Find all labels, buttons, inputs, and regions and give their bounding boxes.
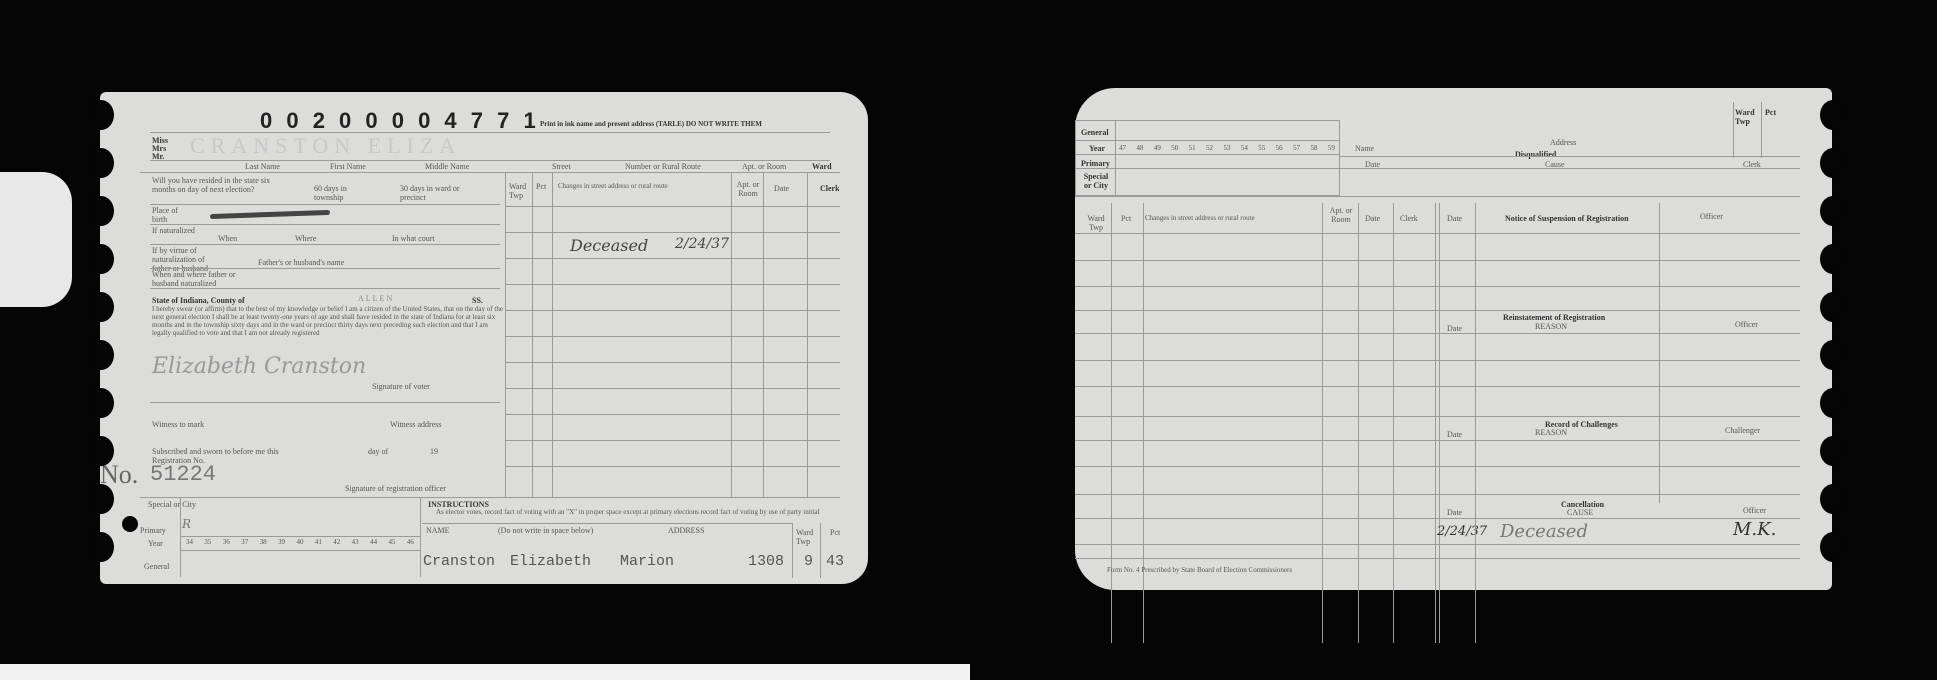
change-entry-date: 2/24/37 bbox=[675, 235, 729, 253]
label-street: Street bbox=[552, 162, 571, 171]
registration-card-back: General Year 47484950515253545556575859 … bbox=[1075, 88, 1832, 590]
label-when: When bbox=[218, 234, 237, 243]
label-witness-address: Witness address bbox=[390, 420, 441, 429]
label-ward: Ward bbox=[812, 162, 832, 171]
instructions-text: As elector votes, record fact of voting … bbox=[436, 508, 836, 516]
registration-number: 51224 bbox=[150, 464, 216, 486]
oath-text: I hereby swear (or affirm) that to the b… bbox=[152, 305, 507, 337]
registration-card-front: 0 0 2 0 0 0 0 4 7 7 1 Print in ink name … bbox=[100, 92, 868, 584]
cancellation-col-cause: CAUSE bbox=[1567, 508, 1593, 517]
scan-edge-strip bbox=[0, 664, 970, 680]
row-general: General bbox=[144, 562, 169, 571]
label-no-write: (Do not write in space below) bbox=[498, 526, 593, 535]
reinstatement-col-date: Date bbox=[1447, 324, 1462, 333]
label-last-name: Last Name bbox=[245, 162, 280, 171]
change-entry-deceased: Deceased bbox=[570, 237, 648, 255]
cancellation-officer: M.K. bbox=[1733, 520, 1776, 540]
label-naturalized: If naturalized bbox=[152, 226, 212, 235]
back-col-date: Date bbox=[1365, 214, 1380, 223]
back-col-ward: Ward Twp bbox=[1083, 214, 1109, 232]
challenges-col-challenger: Challenger bbox=[1725, 426, 1760, 435]
typed-first-name: Elizabeth bbox=[510, 554, 591, 570]
col-clerk: Clerk bbox=[820, 184, 840, 193]
cancellation-cause: Deceased bbox=[1500, 522, 1588, 542]
back-label-disqualified: Disqualified bbox=[1515, 150, 1556, 159]
back-row-general: General bbox=[1081, 128, 1109, 137]
ss: SS. bbox=[472, 296, 483, 305]
col-pct: Pct bbox=[536, 182, 546, 191]
back-label-ward: Ward Twp bbox=[1735, 108, 1759, 126]
label-pct: Pct bbox=[830, 528, 840, 537]
serial-number: 0 0 2 0 0 0 0 4 7 7 1 bbox=[260, 110, 540, 132]
front-year-row: 34353637383940414243444546 bbox=[186, 538, 414, 549]
typed-pct: 43 bbox=[826, 554, 844, 570]
sworn-line: Subscribed and sworn to before me this bbox=[152, 447, 279, 456]
row-year: Year bbox=[148, 539, 163, 548]
label-apt: Apt. or Room bbox=[742, 162, 786, 171]
label-first-name: First Name bbox=[330, 162, 366, 171]
back-row-primary: Primary bbox=[1081, 159, 1110, 168]
serial-note: Print in ink name and present address (T… bbox=[540, 120, 762, 129]
days-township: 60 days in township bbox=[314, 184, 374, 202]
punch-hole bbox=[122, 516, 138, 532]
label-witness-mark: Witness to mark bbox=[152, 420, 204, 429]
label-name: NAME bbox=[426, 526, 450, 535]
county: ALLEN bbox=[358, 294, 394, 303]
col-date: Date bbox=[774, 184, 789, 193]
label-address: ADDRESS bbox=[668, 526, 704, 535]
label-number: Number or Rural Route bbox=[625, 162, 701, 171]
row-primary: Primary bbox=[140, 526, 166, 535]
back-label-address: Address bbox=[1550, 138, 1576, 147]
typed-address: 1308 bbox=[748, 554, 784, 570]
cancellation-col-date: Date bbox=[1447, 508, 1462, 517]
label-day-of: day of bbox=[368, 447, 388, 456]
typed-middle-name: Marion bbox=[620, 554, 674, 570]
light-glare bbox=[0, 172, 72, 307]
residence-question: Will you have resided in the state six m… bbox=[152, 176, 272, 194]
suspension-col-officer: Officer bbox=[1700, 212, 1723, 221]
back-label-pct: Pct bbox=[1765, 108, 1776, 117]
challenges-col-reason: REASON bbox=[1535, 428, 1567, 437]
state-line: State of Indiana, County of bbox=[152, 296, 245, 305]
suspension-title: Notice of Suspension of Registration bbox=[1505, 214, 1629, 223]
form-footer: Form No. 4 Prescribed by State Board of … bbox=[1107, 566, 1292, 575]
back-col-pct: Pct bbox=[1121, 214, 1131, 223]
label-signature-voter: Signature of voter bbox=[372, 382, 430, 391]
cancellation-col-officer: Officer bbox=[1743, 506, 1766, 515]
back-col-apt: Apt. or Room bbox=[1327, 206, 1355, 224]
typed-last-name: Cranston bbox=[423, 554, 495, 570]
primary-mark: R bbox=[182, 520, 191, 529]
days-ward: 30 days in ward or precinct bbox=[400, 184, 470, 202]
suspension-col-date: Date bbox=[1447, 214, 1462, 223]
label-officer-signature: Signature of registration officer bbox=[345, 484, 446, 493]
back-row-year: Year bbox=[1089, 144, 1105, 153]
cancellation-date: 2/24/37 bbox=[1437, 524, 1487, 540]
typed-ward: 9 bbox=[804, 554, 813, 570]
voter-signature: Elizabeth Cranston bbox=[152, 354, 366, 380]
back-col-clerk: Clerk bbox=[1400, 214, 1418, 223]
reinstatement-col-officer: Officer bbox=[1735, 320, 1758, 329]
back-year-row: 47484950515253545556575859 bbox=[1119, 144, 1335, 152]
back-col-changes: Changes in street address or rural route bbox=[1145, 214, 1255, 223]
back-label-name: Name bbox=[1355, 144, 1374, 153]
challenges-col-date: Date bbox=[1447, 430, 1462, 439]
label-year: 19 bbox=[430, 447, 438, 456]
row-special-city: Special or City bbox=[148, 500, 196, 509]
label-where: Where bbox=[295, 234, 316, 243]
reinstatement-col-reason: REASON bbox=[1535, 322, 1567, 331]
label-place-of-birth: Place of birth bbox=[152, 206, 192, 224]
back-row-special: Special or City bbox=[1081, 172, 1111, 190]
redacted-birthplace bbox=[210, 210, 330, 219]
label-ward-twp: Ward Twp bbox=[796, 528, 816, 546]
faint-name: CRANSTON ELIZA bbox=[190, 134, 461, 158]
label-court: In what court bbox=[392, 234, 435, 243]
col-ward-twp: Ward Twp bbox=[509, 182, 531, 200]
label-middle-name: Middle Name bbox=[425, 162, 469, 171]
col-changes: Changes in street address or rural route bbox=[558, 182, 668, 191]
reinstatement-title: Reinstatement of Registration bbox=[1503, 313, 1605, 322]
label-when-where: When and where father or husband natural… bbox=[152, 270, 252, 288]
label-father-name: Father's or husband's name bbox=[258, 258, 344, 267]
col-apt: Apt. or Room bbox=[734, 180, 762, 198]
